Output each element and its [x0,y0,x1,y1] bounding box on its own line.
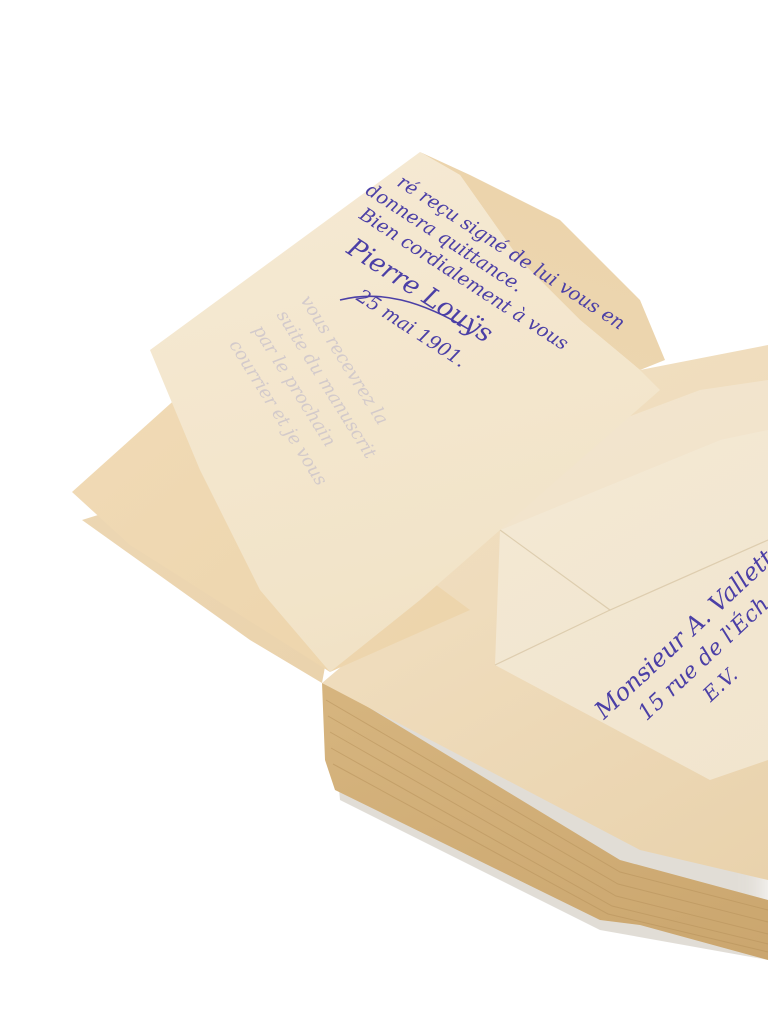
handwriting-layer: vous recevrez la suite du manuscrit par … [0,0,768,1024]
photo-scene: vous recevrez la suite du manuscrit par … [0,0,768,1024]
